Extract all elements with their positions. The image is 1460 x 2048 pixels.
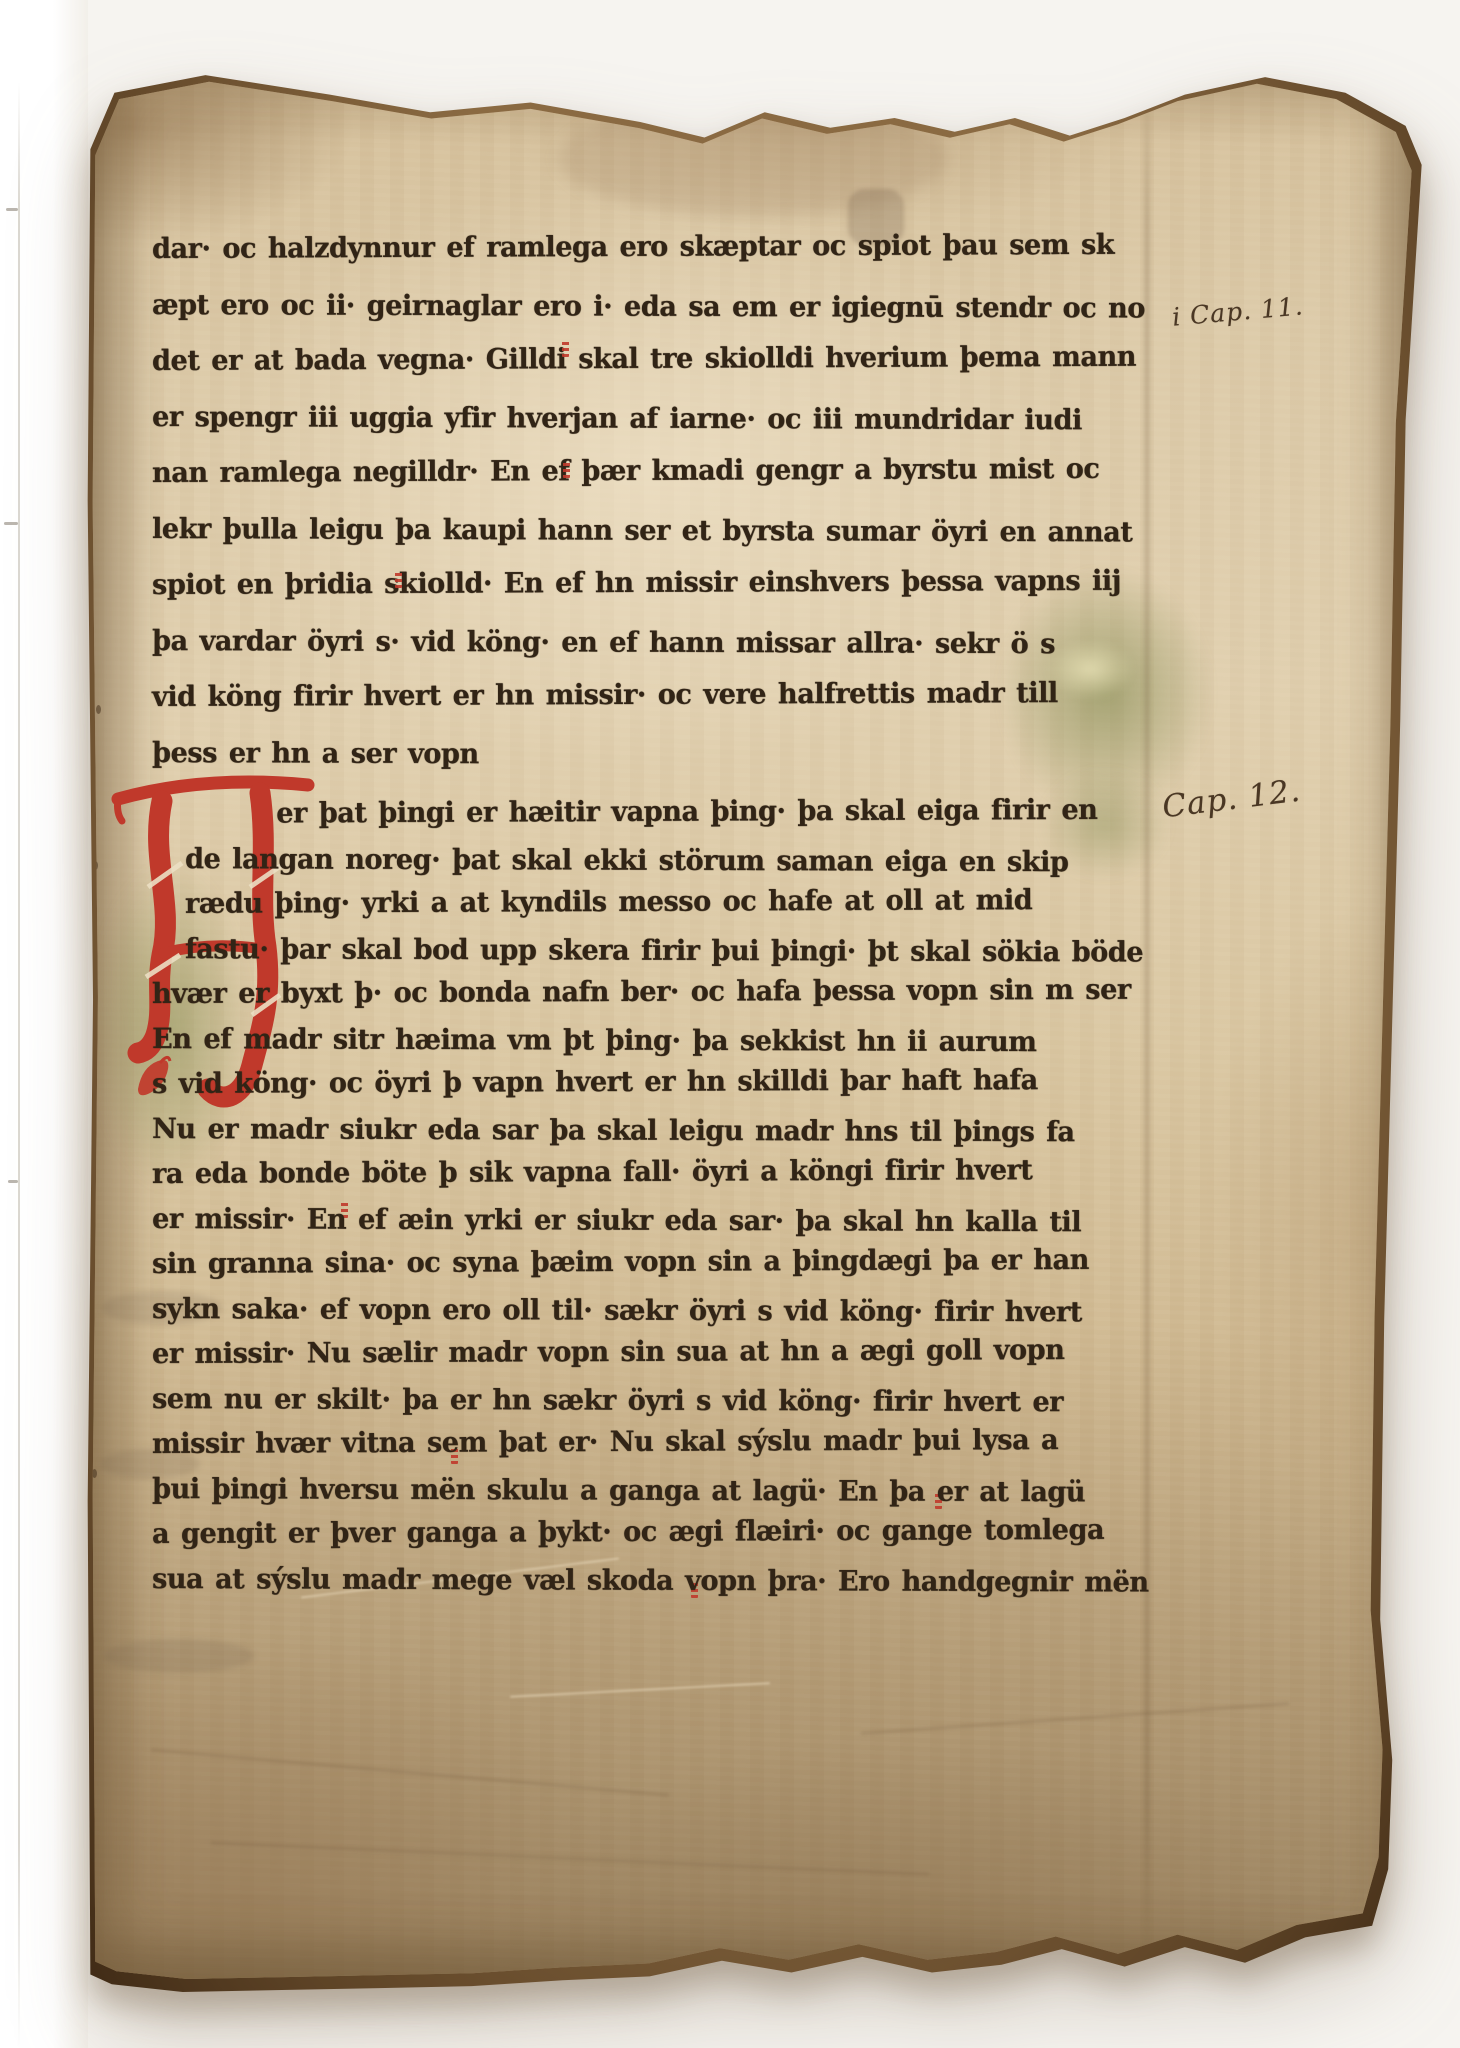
- sewing-hole: [96, 705, 101, 714]
- scanner-backing-strip: [0, 0, 88, 2048]
- rubric-stripe: [563, 461, 570, 478]
- text-line: missir hvær vitna sem þat er· Nu skal sý…: [152, 1417, 1149, 1466]
- chapter12-text-block: er þat þingi er hæitir vapna þing· þa sk…: [152, 791, 1179, 1601]
- text-line: sin granna sina· oc syna þæim vopn sin a…: [152, 1237, 1149, 1286]
- text-line: nan ramlega negilldr· En ef þær kmadi ge…: [152, 441, 1145, 501]
- facing-page-edge: [18, 0, 20, 2048]
- scratch: [510, 1682, 770, 1698]
- margin-note-cap11: i Cap. 11.: [1171, 291, 1305, 331]
- parchment-surface: dar· oc halzdynnur ef ramlega ero skæpta…: [90, 49, 1413, 1979]
- manuscript-leaf: dar· oc halzdynnur ef ramlega ero skæpta…: [85, 42, 1423, 1992]
- margin-note-cap12: Cap. 12.: [1160, 773, 1302, 826]
- chapter11-text-block: dar· oc halzdynnur ef ramlega ero skæpta…: [152, 221, 1176, 781]
- page-edge-mark: [6, 208, 18, 211]
- text-line: er missir· Nu sælir madr vopn sin sua at…: [152, 1327, 1149, 1376]
- text-line: s vid köng· oc öyri þ vapn hvert er hn s…: [152, 1057, 1149, 1106]
- text-line: þa vardar öyri s· vid köng· en ef hann m…: [152, 613, 1145, 672]
- page-edge-mark: [4, 522, 18, 525]
- text-line: lekr þulla leigu þa kaupi hann ser et by…: [152, 501, 1145, 560]
- crease: [860, 1702, 1289, 1735]
- ink-smudge: [104, 1639, 254, 1673]
- rubric-stripe: [562, 340, 569, 357]
- text-line: ra eda bonde böte þ sik vapna fall· öyri…: [152, 1147, 1149, 1196]
- crease: [210, 1841, 929, 1875]
- text-line: vid köng firir hvert er hn missir· oc ve…: [152, 665, 1145, 725]
- text-line: a gengit er þver ganga a þykt· oc ægi fl…: [152, 1507, 1149, 1556]
- rubric-stripe: [395, 571, 402, 588]
- text-line: æpt ero oc ii· geirnaglar ero i· eda sa …: [152, 277, 1145, 336]
- text-line: er spengr iii uggia yfir hverjan af iarn…: [152, 389, 1145, 448]
- scan-page: { "document": { "kind": "medieval-manusc…: [0, 0, 1460, 2048]
- page-edge-mark: [8, 1180, 18, 1183]
- text-line: er þat þingi er hæitir vapna þing· þa sk…: [152, 787, 1149, 836]
- text-line: det er at bada vegna· Gilldi skal tre sk…: [152, 329, 1145, 389]
- text-line: dar· oc halzdynnur ef ramlega ero skæpta…: [152, 217, 1145, 277]
- text-line: sua at sýslu madr mege væl skoda vopn þr…: [152, 1556, 1149, 1604]
- crease: [151, 1748, 669, 1796]
- text-line: hvær er byxt þ· oc bonda nafn ber· oc ha…: [152, 967, 1149, 1016]
- text-line: spiot en þridia skiolld· En ef hn missir…: [152, 553, 1145, 613]
- text-line: rædu þing· yrki a at kyndils messo oc ha…: [152, 877, 1149, 926]
